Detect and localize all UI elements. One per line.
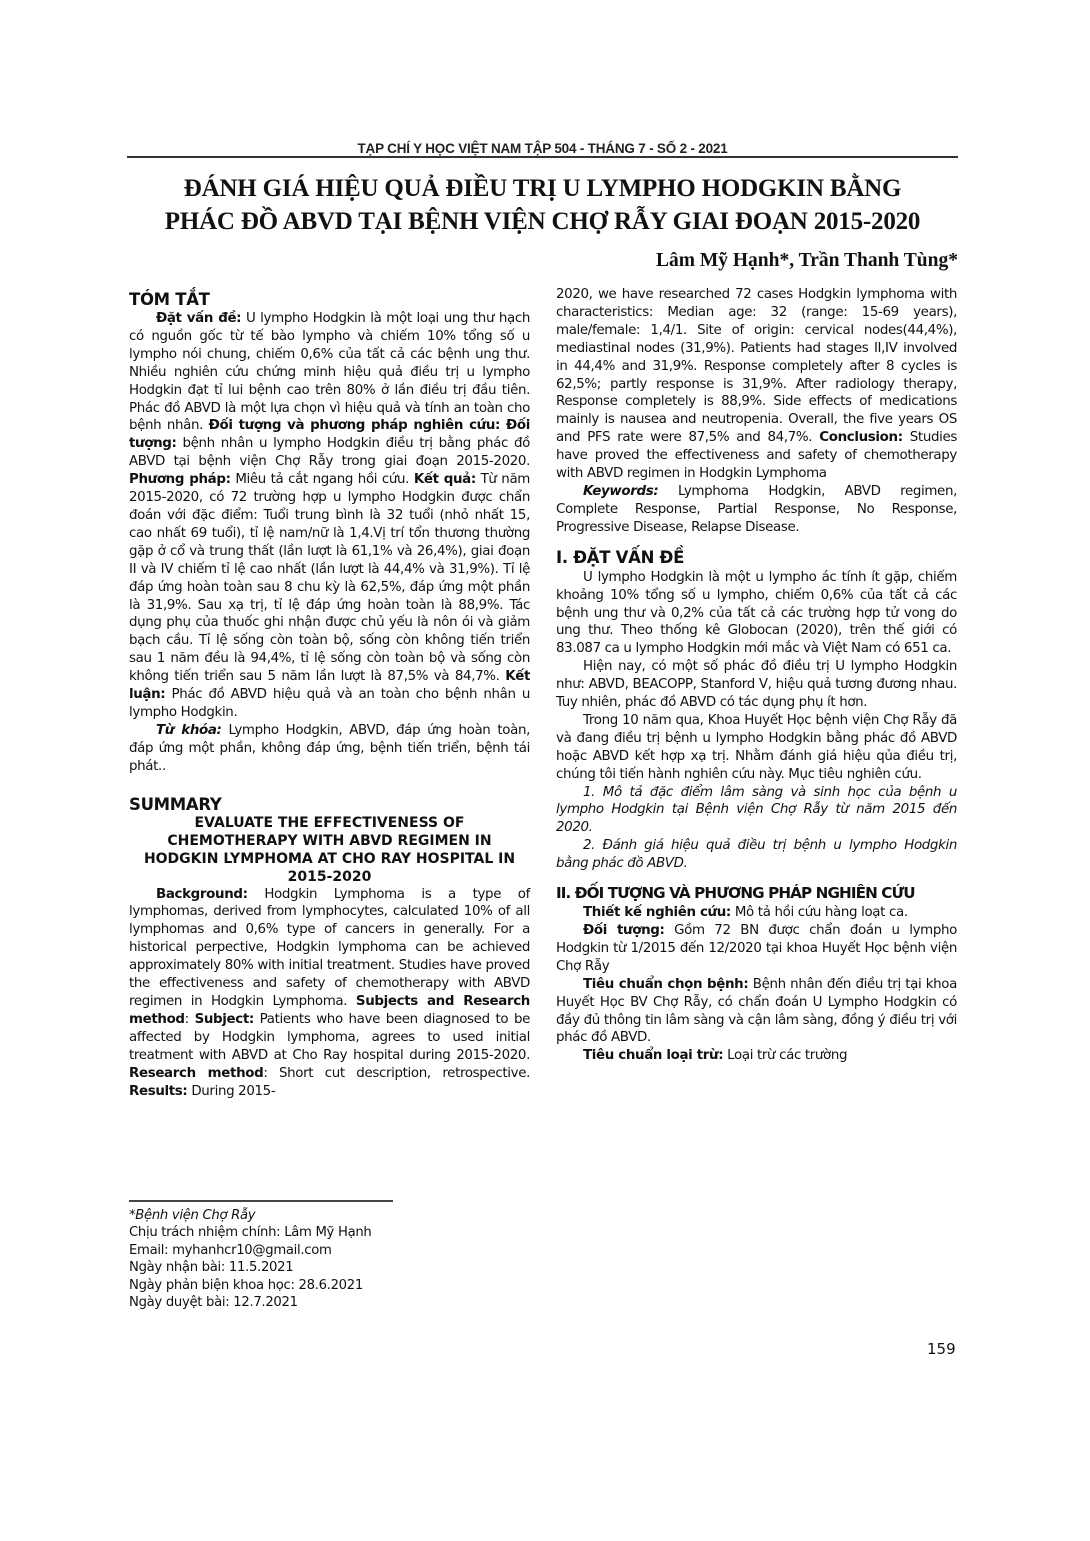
- results-label: Kết quả:: [414, 472, 476, 487]
- footnote-affiliation: *Bệnh viện Chợ Rẫy: [129, 1207, 530, 1224]
- authors: Lâm Mỹ Hạnh*, Trần Thanh Tùng*: [656, 250, 958, 272]
- abstract-vi-heading: TÓM TẮT: [129, 289, 530, 311]
- section2-item: Thiết kế nghiên cứu: Mô tả hồi cứu hàng …: [556, 904, 957, 922]
- footnote-rule: [129, 1200, 393, 1202]
- title-line-1: ĐÁNH GIÁ HIỆU QUẢ ĐIỀU TRỊ U LYMPHO HODG…: [127, 172, 958, 205]
- section2-heading: II. ĐỐI TƯỢNG VÀ PHƯƠNG PHÁP NGHIÊN CỨU: [556, 882, 957, 904]
- objective-item: 1. Mô tả đặc điểm lâm sàng và sinh học c…: [556, 784, 957, 838]
- section2-item: Đối tượng: Gồm 72 BN được chẩn đoán u ly…: [556, 922, 957, 976]
- footnote-corresponding: Chịu trách nhiệm chính: Lâm Mỹ Hạnh: [129, 1224, 530, 1241]
- section1-paragraph: U lympho Hodgkin là một u lympho ác tính…: [556, 569, 957, 659]
- article-title: ĐÁNH GIÁ HIỆU QUẢ ĐIỀU TRỊ U LYMPHO HODG…: [127, 172, 958, 238]
- page-number: 159: [927, 1340, 956, 1358]
- header-rule: [127, 156, 958, 158]
- abstract-vi-body: Đặt vấn đề: U lympho Hodgkin là một loại…: [129, 310, 530, 722]
- summary-body-continued: 2020, we have researched 72 cases Hodgki…: [556, 286, 957, 483]
- summary-heading: SUMMARY: [129, 794, 530, 816]
- left-column: TÓM TẮT Đặt vấn đề: U lympho Hodgkin là …: [129, 286, 530, 1100]
- background-label: Đặt vấn đề:: [156, 311, 241, 326]
- section1-paragraph: Trong 10 năm qua, Khoa Huyết Học bệnh vi…: [556, 712, 957, 784]
- section1-heading: I. ĐẶT VẤN ĐỀ: [556, 547, 957, 569]
- summary-body: Background: Hodgkin Lymphoma is a type o…: [129, 886, 530, 1101]
- section2-item: Tiêu chuẩn loại trừ: Loại trừ các trường: [556, 1047, 957, 1065]
- section1-paragraph: Hiện nay, có một số phác đồ điều trị U l…: [556, 658, 957, 712]
- keywords-en: Keywords: Lymphoma Hodgkin, ABVD regimen…: [556, 483, 957, 537]
- summary-title: EVALUATE THE EFFECTIVENESS OF CHEMOTHERA…: [129, 814, 530, 886]
- method-label: Phương pháp:: [129, 472, 231, 487]
- running-header: TẠP CHÍ Y HỌC VIỆT NAM TẬP 504 - THÁNG 7…: [127, 141, 958, 156]
- keywords-vi-label: Từ khóa:: [156, 723, 222, 738]
- keywords-en-label: Keywords:: [583, 484, 658, 499]
- keywords-vi: Từ khóa: Lympho Hodgkin, ABVD, đáp ứng h…: [129, 722, 530, 776]
- title-line-2: PHÁC ĐỒ ABVD TẠI BỆNH VIỆN CHỢ RẪY GIAI …: [127, 205, 958, 238]
- footnote-reviewed: Ngày phản biện khoa học: 28.6.2021: [129, 1277, 530, 1294]
- footnote-accepted: Ngày duyệt bài: 12.7.2021: [129, 1294, 530, 1311]
- objective-item: 2. Đánh giá hiệu quả điều trị bệnh u lym…: [556, 837, 957, 873]
- footnote-email: Email: myhanhcr10@gmail.com: [129, 1242, 530, 1259]
- right-column: 2020, we have researched 72 cases Hodgki…: [556, 286, 957, 1065]
- footnotes: *Bệnh viện Chợ Rẫy Chịu trách nhiệm chín…: [129, 1207, 530, 1311]
- footnote-received: Ngày nhận bài: 11.5.2021: [129, 1259, 530, 1276]
- section2-item: Tiêu chuẩn chọn bệnh: Bệnh nhân đến điều…: [556, 976, 957, 1048]
